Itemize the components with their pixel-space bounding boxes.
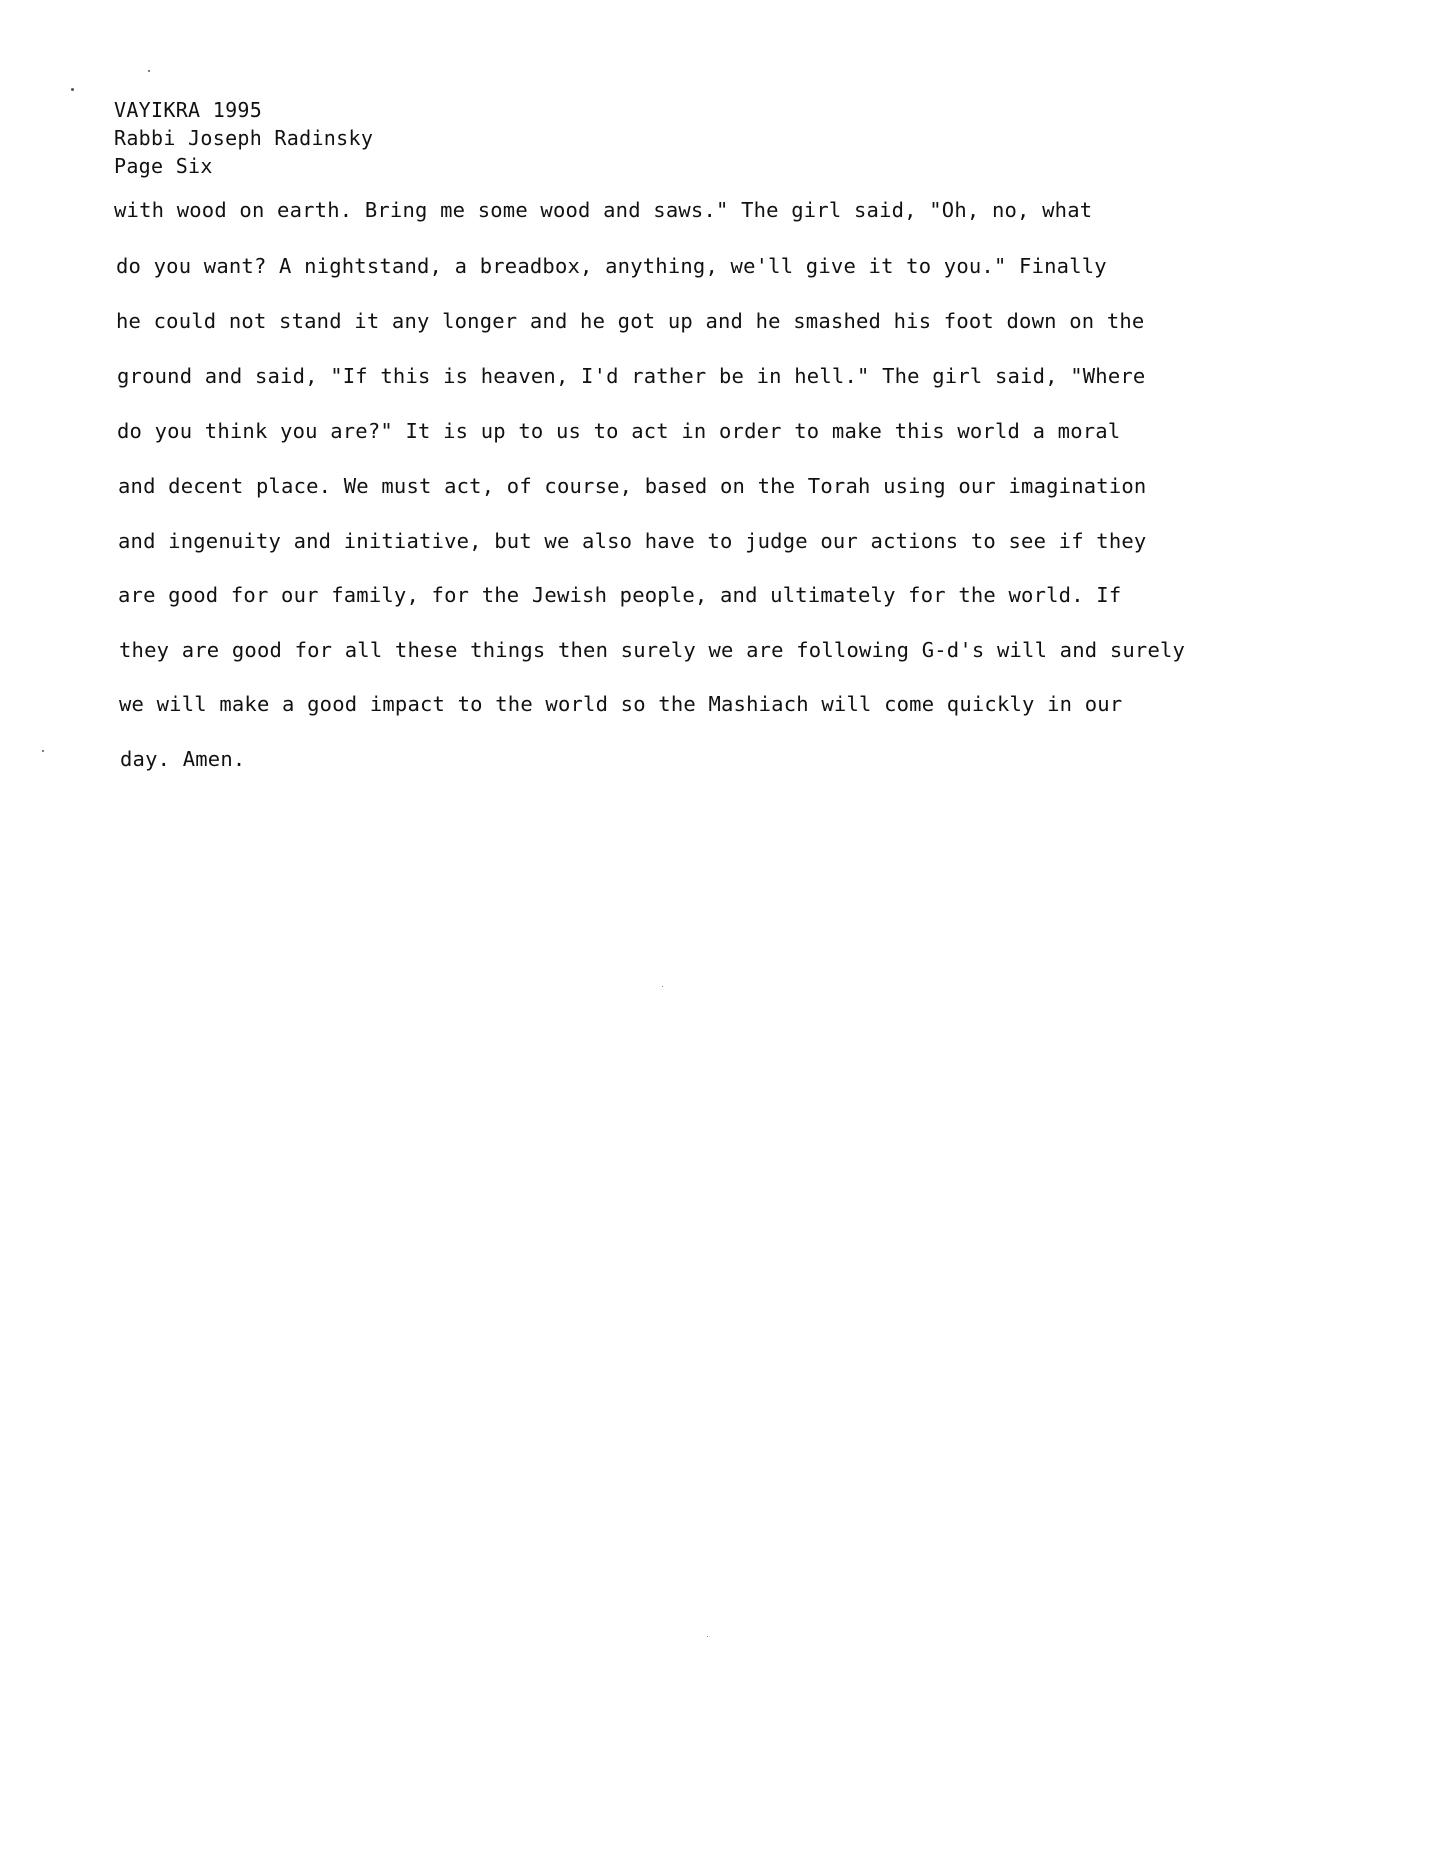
body-line: we will make a good impact to the world … [119, 692, 1122, 716]
body-line: and decent place. We must act, of course… [118, 474, 1146, 498]
scan-speck [42, 750, 44, 752]
document-page: VAYIKRA 1995 Rabbi Joseph Radinsky Page … [0, 0, 1430, 1851]
page-label: Page Six [114, 152, 373, 180]
body-line: they are good for all these things then … [119, 638, 1185, 662]
body-line: do you want? A nightstand, a breadbox, a… [116, 254, 1107, 278]
body-line: he could not stand it any longer and he … [116, 309, 1144, 333]
scan-speck [707, 1636, 708, 1637]
body-line: with wood on earth. Bring me some wood a… [114, 198, 1092, 222]
document-header: VAYIKRA 1995 Rabbi Joseph Radinsky Page … [114, 96, 373, 180]
body-line: do you think you are?" It is up to us to… [117, 419, 1120, 443]
document-author: Rabbi Joseph Radinsky [114, 124, 373, 152]
scan-speck [662, 986, 663, 987]
scan-speck [148, 70, 150, 72]
scan-speck [71, 88, 74, 91]
document-title: VAYIKRA 1995 [114, 96, 373, 124]
body-line: are good for our family, for the Jewish … [118, 583, 1121, 607]
body-line: day. Amen. [120, 747, 245, 771]
body-line: ground and said, "If this is heaven, I'd… [117, 364, 1145, 388]
body-line: and ingenuity and initiative, but we als… [118, 529, 1146, 553]
